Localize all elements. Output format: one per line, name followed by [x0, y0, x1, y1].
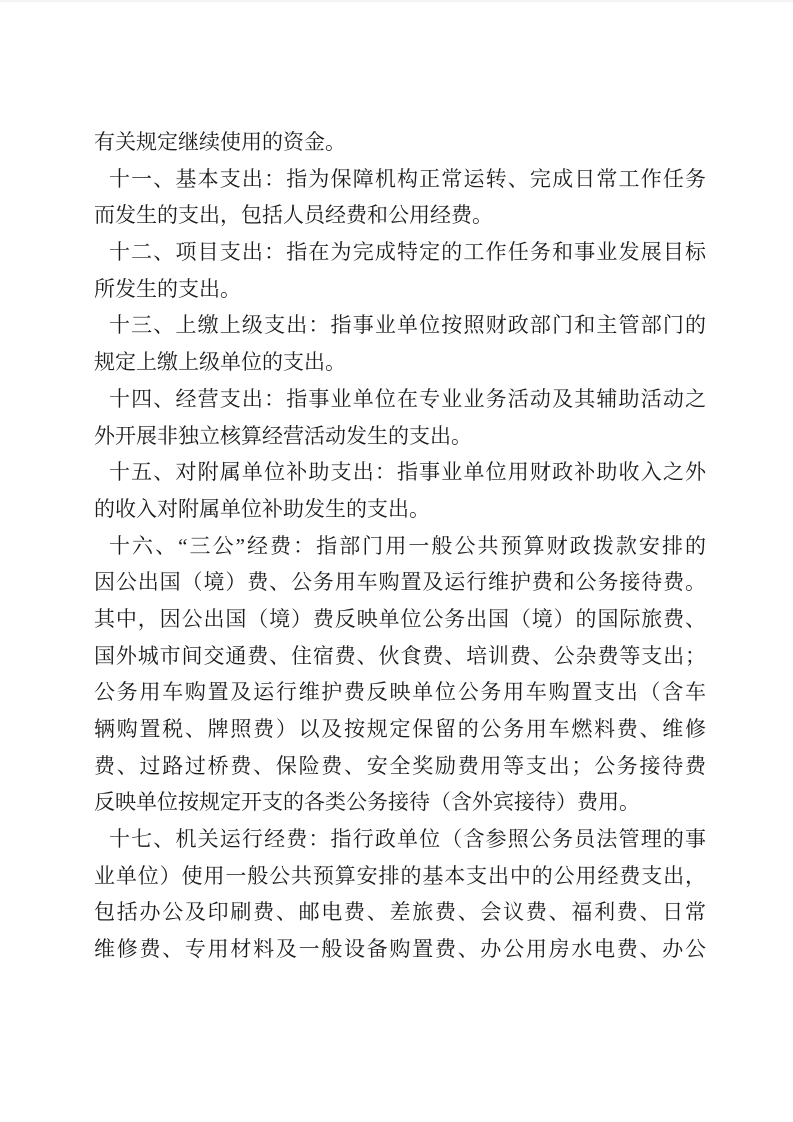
text-line: 十六、“三公”经费：指部门用一般公共预算财政拨款安排的 — [94, 528, 706, 565]
text-line: 十三、上缴上级支出：指事业单位按照财政部门和主管部门的 — [94, 307, 706, 344]
text-line: 因公出国（境）费、公务用车购置及运行维护费和公务接待费。 — [94, 564, 706, 601]
text-line: 国外城市间交通费、住宿费、伙食费、培训费、公杂费等支出； — [94, 638, 706, 675]
document-page: 有关规定继续使用的资金。十一、基本支出：指为保障机构正常运转、完成日常工作任务而… — [0, 0, 793, 1122]
text-line: 其中，因公出国（境）费反映单位公务出国（境）的国际旅费、 — [94, 601, 706, 638]
text-line: 所发生的支出。 — [94, 271, 706, 308]
text-line: 十二、项目支出：指在为完成特定的工作任务和事业发展目标 — [94, 234, 706, 271]
text-line: 外开展非独立核算经营活动发生的支出。 — [94, 418, 706, 455]
text-line: 费、过路过桥费、保险费、安全奖励费用等支出；公务接待费 — [94, 748, 706, 785]
text-line: 十一、基本支出：指为保障机构正常运转、完成日常工作任务 — [94, 161, 706, 198]
text-line: 十七、机关运行经费：指行政单位（含参照公务员法管理的事 — [94, 821, 706, 858]
text-line: 包括办公及印刷费、邮电费、差旅费、会议费、福利费、日常 — [94, 894, 706, 931]
scan-edge-line — [0, 0, 793, 2]
text-line: 的收入对附属单位补助发生的支出。 — [94, 491, 706, 528]
text-line: 辆购置税、牌照费）以及按规定保留的公务用车燃料费、维修 — [94, 711, 706, 748]
text-line: 公务用车购置及运行维护费反映单位公务用车购置支出（含车 — [94, 674, 706, 711]
text-line: 十五、对附属单位补助支出：指事业单位用财政补助收入之外 — [94, 454, 706, 491]
document-text-block: 有关规定继续使用的资金。十一、基本支出：指为保障机构正常运转、完成日常工作任务而… — [94, 124, 706, 968]
text-line: 而发生的支出，包括人员经费和公用经费。 — [94, 197, 706, 234]
text-line: 十四、经营支出：指事业单位在专业业务活动及其辅助活动之 — [94, 381, 706, 418]
text-line: 有关规定继续使用的资金。 — [94, 124, 706, 161]
text-line: 规定上缴上级单位的支出。 — [94, 344, 706, 381]
text-line: 业单位）使用一般公共预算安排的基本支出中的公用经费支出， — [94, 858, 706, 895]
text-line: 维修费、专用材料及一般设备购置费、办公用房水电费、办公 — [94, 931, 706, 968]
text-line: 反映单位按规定开支的各类公务接待（含外宾接待）费用。 — [94, 784, 706, 821]
